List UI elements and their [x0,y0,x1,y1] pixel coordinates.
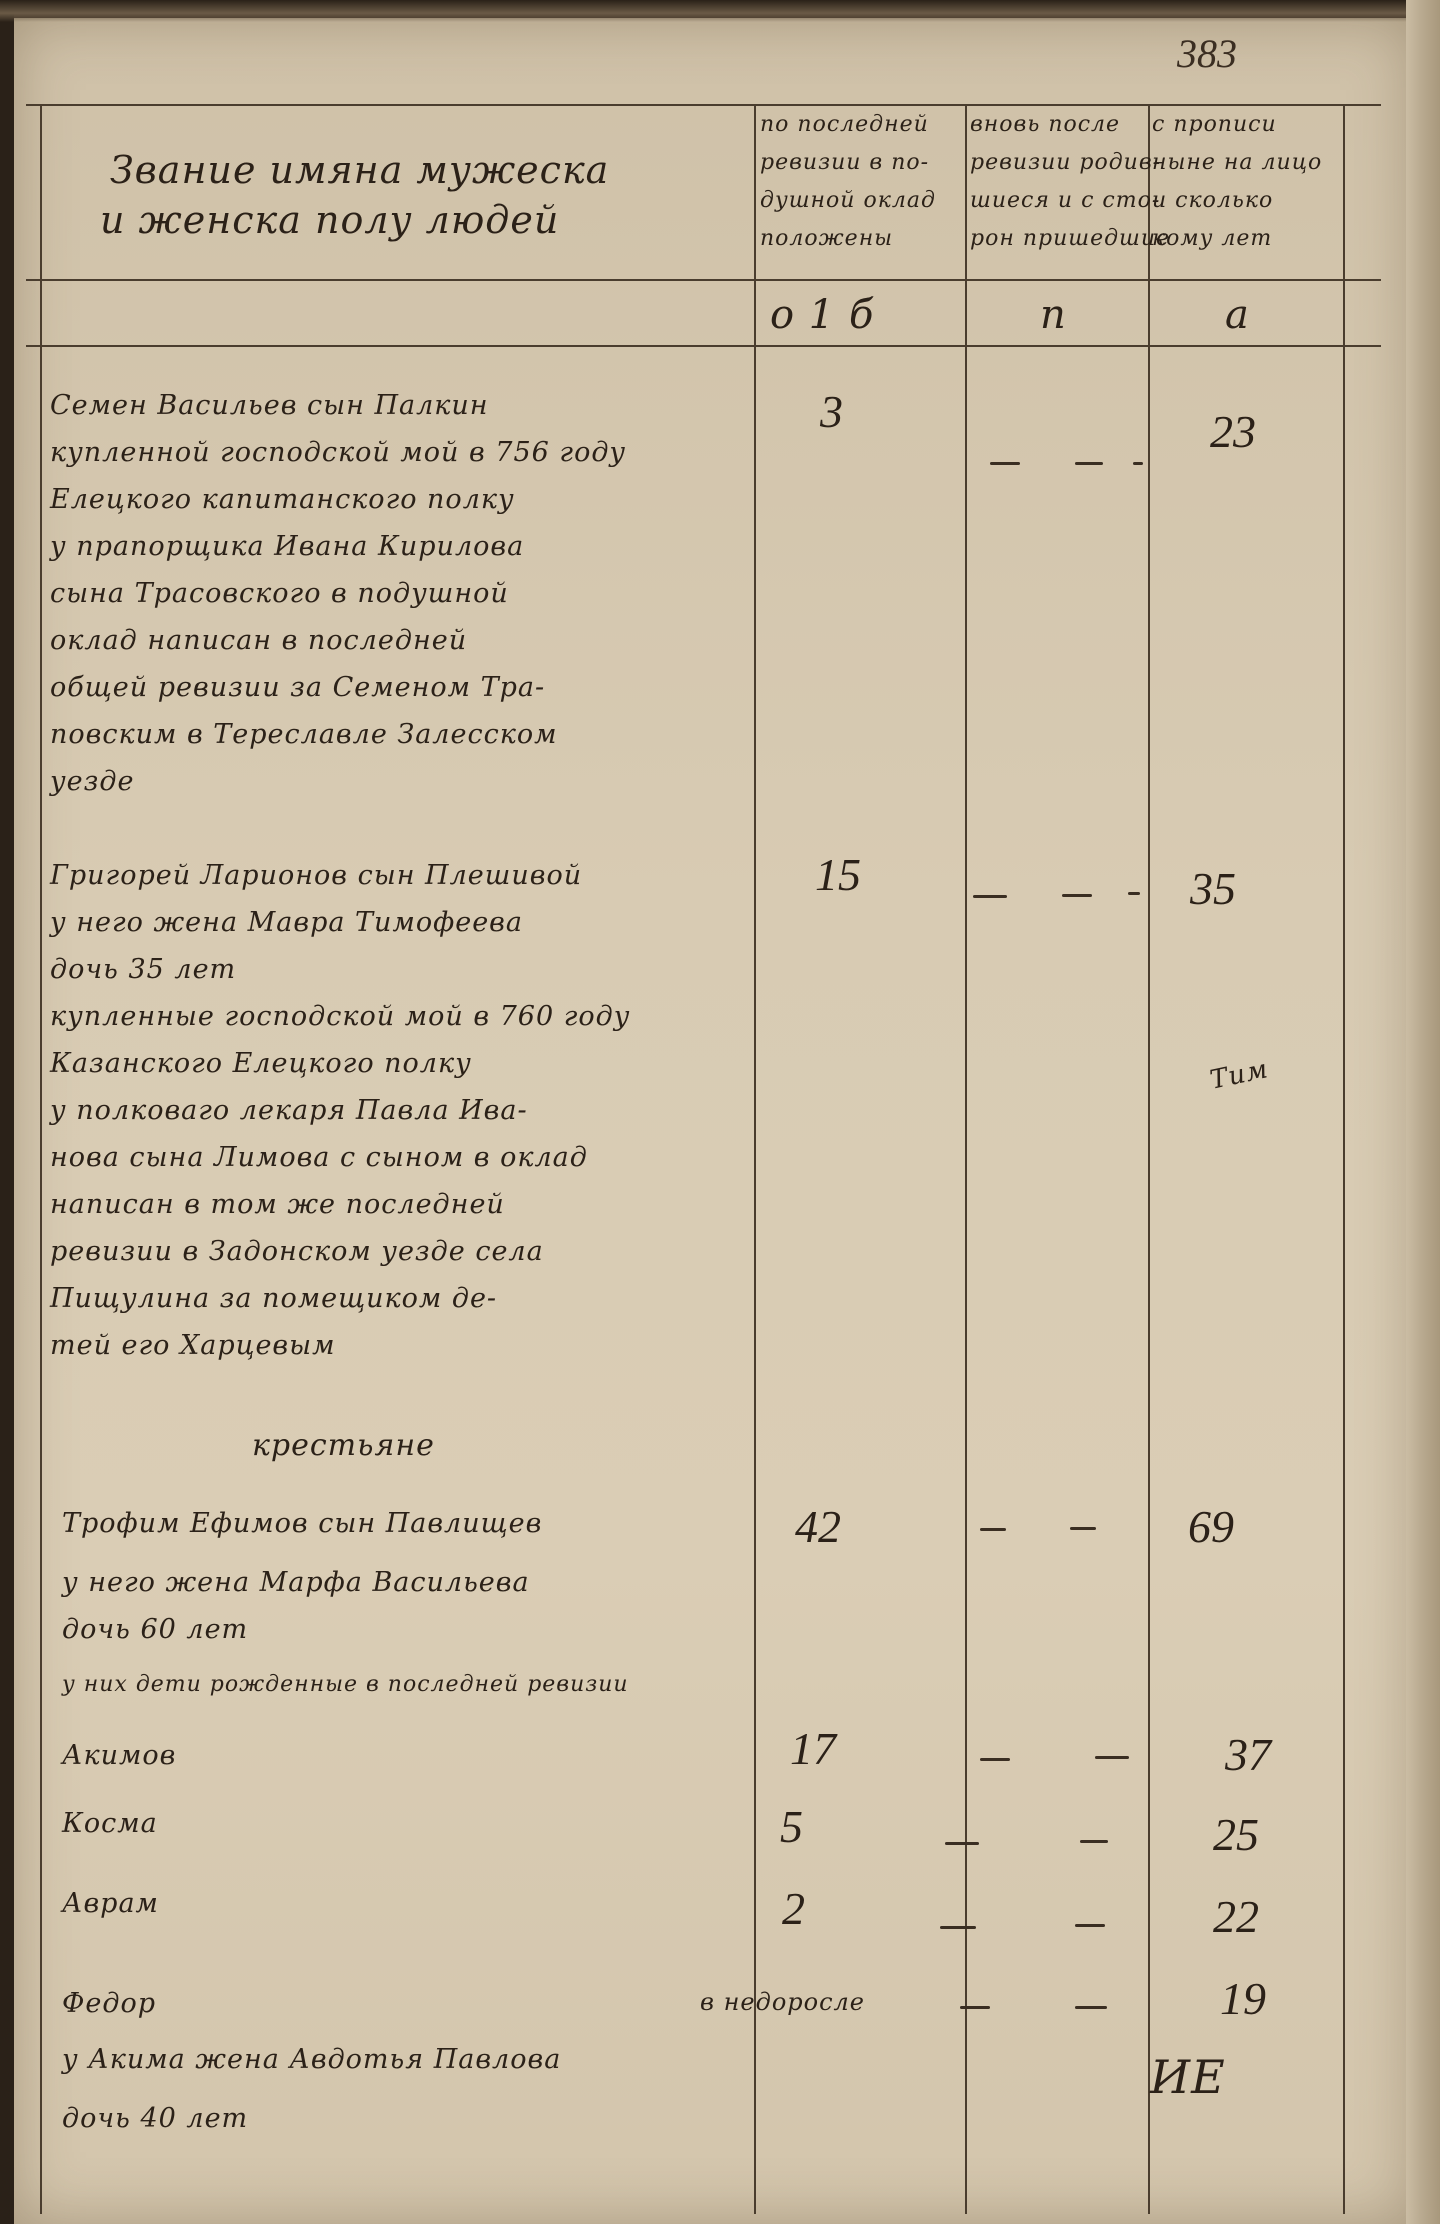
child-avram-col3: 22 [1213,1890,1259,1943]
entry-avdotya-mark: ИЕ [1150,2050,1226,2104]
entry-line: дочь 60 лет [62,1606,629,1653]
dash [1075,2006,1107,2009]
column-header-line: ревизии в по- [760,144,936,182]
entry-semen-col1: 3 [820,385,843,438]
column-header-present: с прописи ныне на лицо и сколько кому ле… [1152,106,1322,258]
entry-line: повским в Тереславле Залесском [50,711,626,758]
column-header-line: по последней [760,106,936,144]
col2-divider [965,104,967,2214]
entry-grigorey-col3: 35 [1190,862,1236,915]
child-kosma-col1: 5 [780,1800,803,1853]
entry-trofim-pavlishchev: Трофим Ефимов сын Павлищев у него жена М… [62,1500,629,1708]
entry-trofim-col1: 42 [795,1500,841,1553]
entry-line: у прапорщика Ивана Кирилова [50,523,626,570]
entry-trofim-col3: 69 [1188,1500,1234,1553]
entry-line: Казанского Елецкого полку [50,1040,630,1087]
child-akim: Акимов [62,1732,176,1779]
entry-avdotya-pavlova: у Акима жена Авдотья Павлова дочь 40 лет [62,2036,561,2142]
entry-line: у него жена Марфа Васильева [62,1559,629,1606]
entry-line: нова сына Лимова с сыном в оклад [50,1134,630,1181]
page-edge [1406,0,1440,2224]
entry-line: купленные господской мой в 760 году [50,993,630,1040]
dash [990,462,1020,465]
entry-line: Пищулина за помещиком де- [50,1275,630,1322]
column-header-line: душной оклад [760,182,936,220]
entry-line: Трофим Ефимов сын Павлищев [62,1500,629,1547]
entry-line: дочь 35 лет [50,946,630,993]
section-label-peasants: крестьяне [252,1428,435,1463]
dash [1070,1527,1096,1530]
child-avram: Аврам [62,1880,159,1927]
child-akim-col3: 37 [1225,1728,1271,1781]
header-title-line: Звание имяна мужеска [110,145,609,195]
entry-line: у полковаго лекаря Павла Ива- [50,1087,630,1134]
column-code-1: о 1 б [770,292,874,338]
child-kosma: Косма [62,1800,158,1847]
dash [1075,462,1103,465]
child-fedor-col1: в недоросле [700,1988,865,2016]
entry-line: оклад написан в последней [50,617,626,664]
entry-line: сына Трасовского в подушной [50,570,626,617]
entry-line: тей его Харцевым [50,1322,630,1369]
entry-semen-col3: 23 [1210,405,1256,458]
entry-line: Григорей Ларионов сын Плешивой [50,852,630,899]
column-header-last-revision: по последней ревизии в по- душной оклад … [760,106,936,258]
dash [980,1528,1006,1531]
entry-semen-palkin: Семен Васильев сын Палкин купленной госп… [50,382,626,805]
child-akim-col1: 17 [790,1722,836,1775]
column-header-line: рон пришедшие [970,220,1170,258]
code-row-rule [26,345,1381,347]
column-header-line: шиеся и с сто- [970,182,1170,220]
dash [1080,1840,1108,1843]
dash [1062,894,1092,897]
dash [980,1758,1010,1761]
header-bottom-rule [26,279,1381,281]
left-margin-rule [40,104,42,2214]
column-header-line: вновь после [970,106,1170,144]
col3-divider [1148,104,1150,2214]
entry-line: у них дети рожденные в последней ревизии [62,1661,629,1708]
child-fedor-col3: 19 [1220,1972,1266,2025]
child-kosma-col3: 25 [1213,1808,1259,1861]
dash [1133,462,1143,465]
child-avram-col1: 2 [782,1882,805,1935]
column-header-line: кому лет [1152,220,1322,258]
entry-line: общей ревизии за Семеном Тра- [50,664,626,711]
header-title-line: и женска полу людей [100,195,609,245]
dash [940,1926,976,1929]
book-binding [0,0,14,2224]
entry-line: дочь 40 лет [62,2095,561,2142]
column-code-2: п [1040,292,1067,338]
column-header-line: ревизии родив- [970,144,1170,182]
entry-line: у Акима жена Авдотья Павлова [62,2036,561,2083]
entry-line: ревизии в Задонском уезде села [50,1228,630,1275]
dash [1075,1924,1105,1927]
header-title: Звание имяна мужеска и женска полу людей [110,145,609,245]
column-code-3: а [1225,292,1250,338]
col1-divider [754,104,756,2214]
col4-divider [1343,104,1345,2214]
page-number: 383 [1177,30,1237,77]
dash [973,895,1007,898]
entry-line: уезде [50,758,626,805]
child-fedor: Федор [62,1980,156,2027]
dash [960,2006,990,2009]
entry-line: Елецкого капитанского полку [50,476,626,523]
column-header-line: с прописи [1152,106,1322,144]
dash [1095,1756,1129,1759]
entry-line: написан в том же последней [50,1181,630,1228]
column-header-line: ныне на лицо [1152,144,1322,182]
entry-line: купленной господской мой в 756 году [50,429,626,476]
dash [945,1842,979,1845]
entry-line: у него жена Мавра Тимофеева [50,899,630,946]
entry-grigorey-pleshivoy: Григорей Ларионов сын Плешивой у него же… [50,852,630,1369]
entry-line: Семен Васильев сын Палкин [50,382,626,429]
column-header-line: положены [760,220,936,258]
dash [1128,892,1140,895]
entry-grigorey-col1: 15 [815,848,861,901]
page-top-shadow [0,0,1440,22]
column-header-line: и сколько [1152,182,1322,220]
column-header-newborn: вновь после ревизии родив- шиеся и с сто… [970,106,1170,258]
